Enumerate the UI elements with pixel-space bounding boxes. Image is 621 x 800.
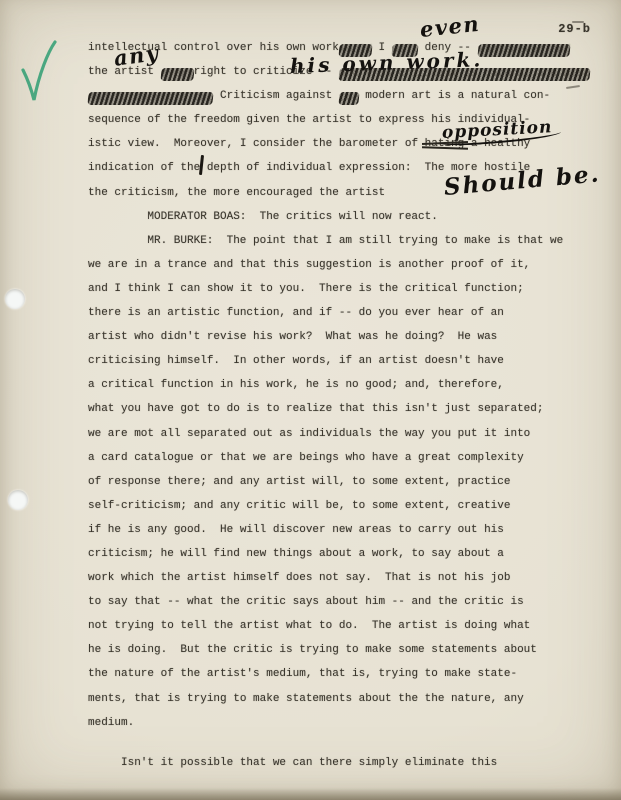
typed-text: ments, that is trying to make statements… xyxy=(88,693,524,705)
typed-text: istic view. Moreover, I consider the bar… xyxy=(88,138,425,150)
typed-line: we are mot all separated out as individu… xyxy=(88,422,608,446)
typed-text: criticism; he will find new things about… xyxy=(88,548,504,560)
typed-line: self-criticism; and any critic will be, … xyxy=(88,494,608,518)
typed-text: of response there; and any artist will, … xyxy=(88,476,510,488)
typed-line: there is an artistic function, and if --… xyxy=(88,301,608,325)
typed-line: a critical function in his work, he is n… xyxy=(88,373,608,397)
scribbled-out-text: And furthermore the xyxy=(87,92,214,105)
typed-line: of response there; and any artist will, … xyxy=(88,470,608,494)
typed-text: he is doing. But the critic is trying to… xyxy=(88,644,537,656)
typed-text: if he is any good. He will discover new … xyxy=(88,524,504,536)
typed-line: And furthermore the Criticism against th… xyxy=(88,84,608,108)
typed-line: Isn't it possible that we can there simp… xyxy=(88,751,608,775)
typed-line: he is doing. But the critic is trying to… xyxy=(88,638,608,662)
typed-text: there is an artistic function, and if --… xyxy=(88,307,504,319)
scribbled-out-text: every xyxy=(160,68,194,81)
typed-text: Isn't it possible that we can there simp… xyxy=(121,757,497,769)
typed-text: medium. xyxy=(88,717,134,729)
typed-text: not trying to tell the artist what to do… xyxy=(88,620,530,632)
typed-line: a card catalogue or that we are beings w… xyxy=(88,446,608,470)
typed-text: self-criticism; and any critic will be, … xyxy=(88,500,510,512)
typed-line: MR. BURKE: The point that I am still try… xyxy=(88,229,608,253)
typed-text: MR. BURKE: The point that I am still try… xyxy=(147,235,563,247)
typed-text: and I think I can show it to you. There … xyxy=(88,283,524,295)
typed-text: criticising himself. In other words, if … xyxy=(88,355,504,367)
typed-line: ments, that is trying to make statements… xyxy=(88,687,608,711)
typed-text: a critical function in his work, he is n… xyxy=(88,379,504,391)
typed-text: Criticism against xyxy=(213,90,338,102)
typed-text: a card catalogue or that we are beings w… xyxy=(88,452,524,464)
typed-text: MODERATOR BOAS: The critics will now rea… xyxy=(147,211,437,223)
typed-line: if he is any good. He will discover new … xyxy=(88,518,608,542)
checkmark-icon xyxy=(16,38,60,112)
typed-line: what you have got to do is to realize th… xyxy=(88,397,608,421)
typed-line: not trying to tell the artist what to do… xyxy=(88,614,608,638)
scribbled-out-text: the xyxy=(338,92,359,105)
typed-text: we are in a trance and that this suggest… xyxy=(88,259,530,271)
typed-line: artist who didn't revise his work? What … xyxy=(88,325,608,349)
typed-text: the criticism, the more encouraged the a… xyxy=(88,187,385,199)
punch-hole xyxy=(8,490,28,510)
typed-text-block: intellectual control over his own workwo… xyxy=(88,36,608,775)
typed-text: to say that -- what the critic says abou… xyxy=(88,596,524,608)
scanned-page: 29-b intellectual control over his own w… xyxy=(0,0,621,800)
punch-hole xyxy=(5,289,25,309)
typed-line: and I think I can show it to you. There … xyxy=(88,277,608,301)
typed-text: the nature of the artist's medium, that … xyxy=(88,668,517,680)
typed-text: artist who didn't revise his work? What … xyxy=(88,331,497,343)
typed-line: criticising himself. In other words, if … xyxy=(88,349,608,373)
typed-line: MODERATOR BOAS: The critics will now rea… xyxy=(88,205,608,229)
typed-text: we are mot all separated out as individu… xyxy=(88,428,530,440)
typed-line: work which the artist himself does not s… xyxy=(88,566,608,590)
typed-line: the nature of the artist's medium, that … xyxy=(88,662,608,686)
typed-text: what you have got to do is to realize th… xyxy=(88,403,543,415)
page-number: 29-b xyxy=(558,22,591,36)
scribbled-out-text: whatsoever and xyxy=(477,44,571,57)
typed-line: to say that -- what the critic says abou… xyxy=(88,590,608,614)
typed-text: modern art is a natural con- xyxy=(359,90,550,102)
typed-text: work which the artist himself does not s… xyxy=(88,572,510,584)
typed-line: criticism; he will find new things about… xyxy=(88,542,608,566)
paragraph-gap xyxy=(88,735,608,751)
typed-line: medium. xyxy=(88,711,608,735)
pencil-dash-mark xyxy=(572,21,584,23)
typed-line: we are in a trance and that this suggest… xyxy=(88,253,608,277)
